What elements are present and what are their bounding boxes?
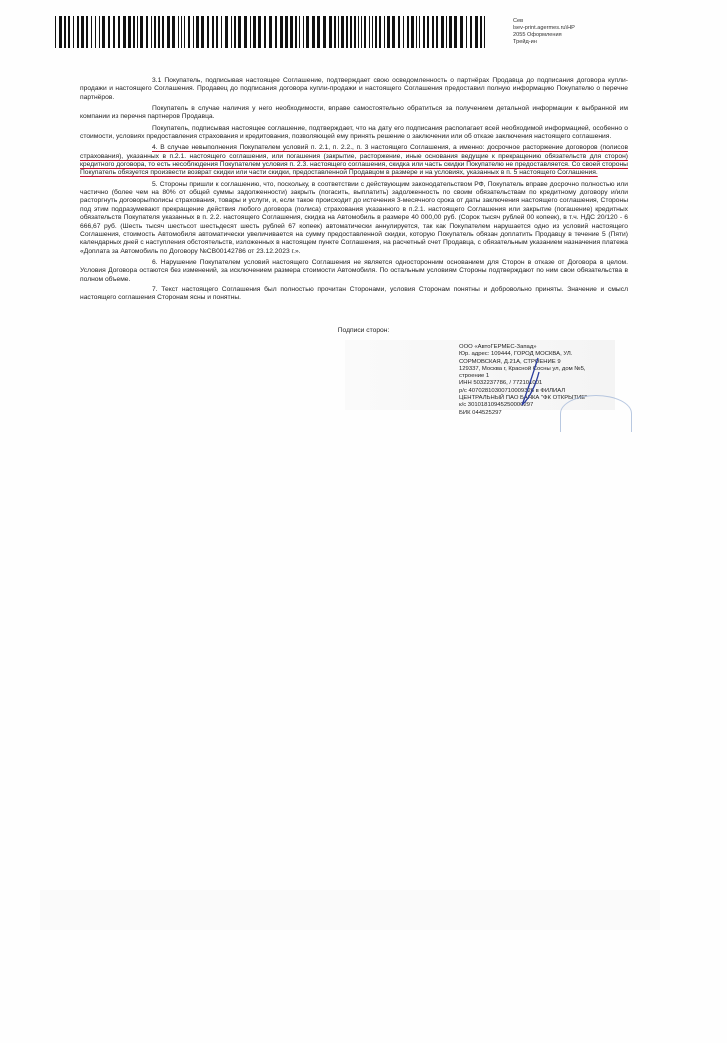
scan-noise: [40, 890, 660, 930]
document-page: Сев lsev-print.agermes.ru\HP 2055 Оформл…: [0, 0, 727, 1043]
signature-icon: [0, 0, 727, 440]
